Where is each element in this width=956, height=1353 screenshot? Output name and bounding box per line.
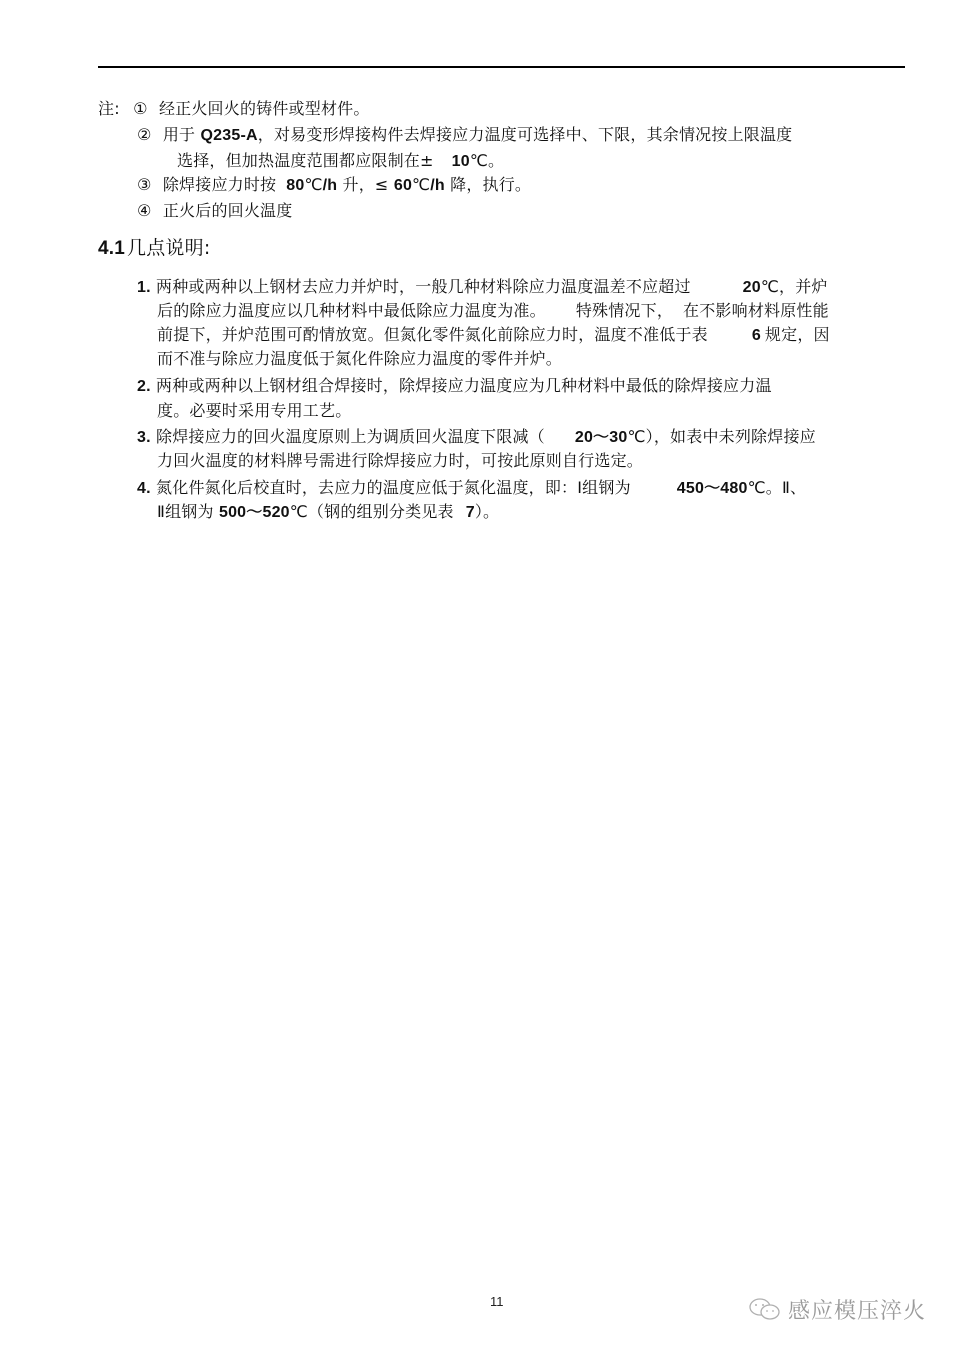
note-text: 升，≤ xyxy=(337,175,394,194)
note-text: ℃。 xyxy=(470,151,504,170)
note-marker: ③ xyxy=(137,175,152,194)
point-text: 两种或两种以上钢材组合焊接时，除焊接应力温度应为几种材料中最低的除焊接应力温 xyxy=(156,376,772,395)
header-rule xyxy=(98,66,905,68)
point-3-line-1: 3. 除焊接应力的回火温度原则上为调质回火温度下限减（20～30℃），如表中未列… xyxy=(137,426,816,449)
point-text: 度。必要时采用专用工艺。 xyxy=(157,401,351,420)
point-2-line-2: 度。必要时采用专用工艺。 xyxy=(157,400,351,422)
point-1-line-4: 而不准与除应力温度低于氮化件除应力温度的零件并炉。 xyxy=(157,348,562,370)
note-marker: ④ xyxy=(137,201,152,220)
point-text: 特殊情况下， xyxy=(576,301,673,320)
point-3-line-2: 力回火温度的材料牌号需进行除焊接应力时，可按此原则自行选定。 xyxy=(157,450,643,472)
point-text: 在不影响材料原性能 xyxy=(683,301,829,320)
note-2-continued: 选择，但加热温度范围都应限制在±10℃。 xyxy=(177,150,504,173)
point-2-line-1: 2. 两种或两种以上钢材组合焊接时，除焊接应力温度应为几种材料中最低的除焊接应力… xyxy=(137,375,772,398)
note-text: 降，执行。 xyxy=(445,175,531,194)
point-text: 除焊接应力的回火温度原则上为调质回火温度下限减（ xyxy=(156,427,545,446)
note-text: 用于 xyxy=(163,125,201,144)
note-bold-value: 10 xyxy=(452,153,470,170)
note-text: 正火后的回火温度 xyxy=(163,201,293,220)
point-bold-value: 6 xyxy=(752,327,761,344)
point-bold-value: 500～520 xyxy=(219,504,290,521)
wechat-icon xyxy=(748,1297,782,1323)
point-bold-value: 20 xyxy=(743,279,761,296)
unit: ℃ xyxy=(304,175,322,194)
point-number: 4. xyxy=(137,480,151,497)
note-4: ④ 正火后的回火温度 xyxy=(137,200,292,222)
point-number: 1. xyxy=(137,279,151,296)
note-text: 经正火回火的铸件或型材件。 xyxy=(159,99,370,118)
note-text: 选择，但加热温度范围都应限制在± xyxy=(177,151,434,170)
note-bold-value: 60 xyxy=(394,177,412,194)
section-number: 4.1 xyxy=(98,238,125,259)
point-4-line-2: Ⅱ组钢为 500～520℃（钢的组别分类见表7）。 xyxy=(157,501,499,524)
point-1-line-1: 1. 两种或两种以上钢材去应力并炉时，一般几种材料除应力温度温差不应超过20℃，… xyxy=(137,276,828,299)
point-text: 前提下，并炉范围可酌情放宽。但氮化零件氮化前除应力时，温度不准低于表 xyxy=(157,325,708,344)
point-bold-value: 7 xyxy=(466,504,475,521)
point-1-line-2: 后的除应力温度应以几种材料中最低除应力温度为准。特殊情况下，在不影响材料原性能 xyxy=(157,300,829,322)
point-text: ℃），如表中未列除焊接应 xyxy=(627,427,815,446)
point-text: 而不准与除应力温度低于氮化件除应力温度的零件并炉。 xyxy=(157,349,562,368)
note-2: ② 用于 Q235-A，对易变形焊接构件去焊接应力温度可选择中、下限，其余情况按… xyxy=(137,124,792,147)
point-text: ℃，并炉 xyxy=(761,277,828,296)
point-text: ℃。Ⅱ、 xyxy=(748,478,807,497)
note-text: 除焊接应力时按 xyxy=(163,175,276,194)
point-number: 2. xyxy=(137,378,151,395)
unit-bold: /h xyxy=(323,177,338,194)
note-1: 注: ① 经正火回火的铸件或型材件。 xyxy=(98,98,370,120)
point-1-line-3: 前提下，并炉范围可酌情放宽。但氮化零件氮化前除应力时，温度不准低于表6规定，因 xyxy=(157,324,830,347)
watermark-text: 感应模压淬火 xyxy=(788,1294,926,1325)
section-title: 几点说明: xyxy=(127,237,210,259)
point-4-line-1: 4. 氮化件氮化后校直时，去应力的温度应低于氮化温度，即：Ⅰ组钢为450～480… xyxy=(137,477,806,500)
point-text: 两种或两种以上钢材去应力并炉时，一般几种材料除应力温度温差不应超过 xyxy=(156,277,691,296)
page-number: 11 xyxy=(490,1294,504,1309)
watermark: 感应模压淬火 xyxy=(748,1294,926,1325)
unit-bold: /h xyxy=(430,177,445,194)
point-text: 力回火温度的材料牌号需进行除焊接应力时，可按此原则自行选定。 xyxy=(157,451,643,470)
note-3: ③ 除焊接应力时按80℃/h 升，≤ 60℃/h 降，执行。 xyxy=(137,174,531,197)
point-number: 3. xyxy=(137,429,151,446)
note-bold-value: 80 xyxy=(286,177,304,194)
point-bold-value: 20～30 xyxy=(575,429,628,446)
point-bold-value: 450～480 xyxy=(677,480,748,497)
point-text: 后的除应力温度应以几种材料中最低除应力温度为准。 xyxy=(157,301,546,320)
unit: ℃ xyxy=(412,175,430,194)
note-bold-value: Q235-A xyxy=(201,127,258,144)
point-text: ℃（钢的组别分类见表 xyxy=(290,502,454,521)
note-text: ，对易变形焊接构件去焊接应力温度可选择中、下限，其余情况按上限温度 xyxy=(258,125,793,144)
point-text: Ⅱ组钢为 xyxy=(157,502,219,521)
point-text: 规定，因 xyxy=(765,325,830,344)
notes-label: 注: xyxy=(98,99,120,118)
section-heading: 4.1几点说明: xyxy=(98,237,210,260)
point-text: ）。 xyxy=(475,502,499,521)
note-marker: ① xyxy=(133,99,148,118)
point-text: 氮化件氮化后校直时，去应力的温度应低于氮化温度，即：Ⅰ组钢为 xyxy=(156,478,631,497)
note-marker: ② xyxy=(137,125,152,144)
